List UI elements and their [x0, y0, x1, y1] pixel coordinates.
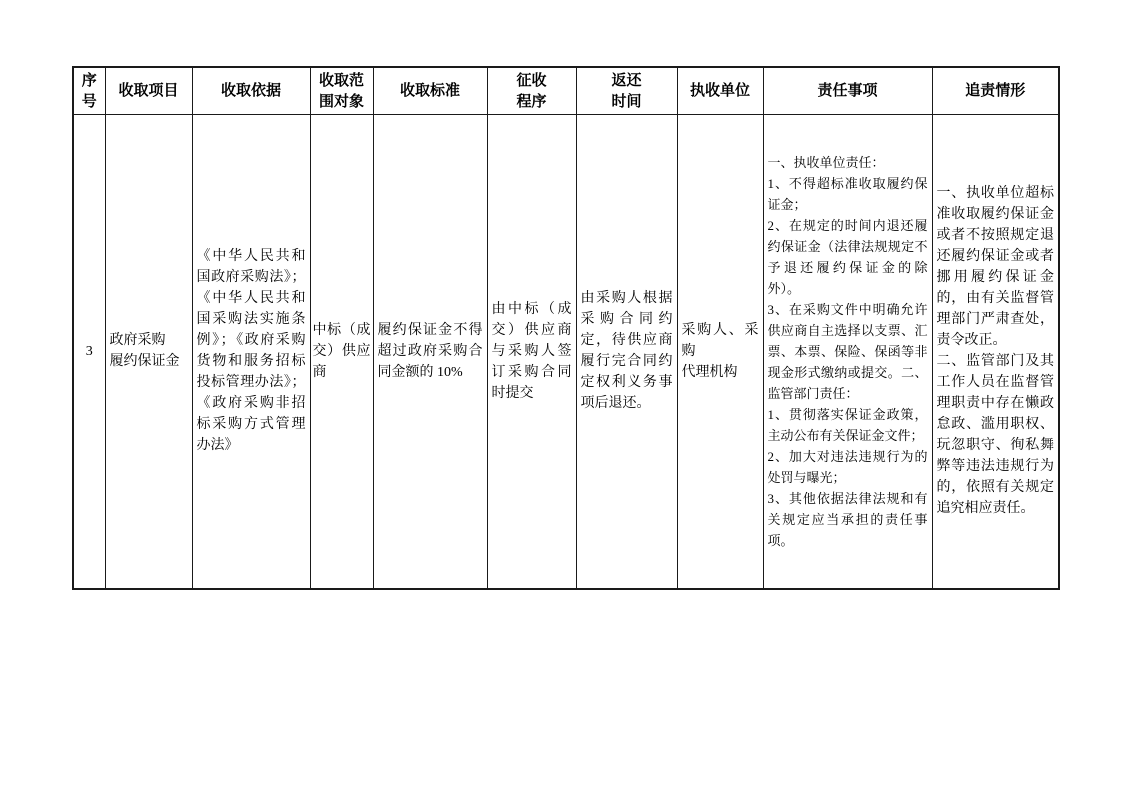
cell-collection-procedure: 由中标（成交）供应商与采购人签订采购合同时提交: [487, 114, 576, 589]
cell-collection-scope: 中标（成交）供应商: [310, 114, 373, 589]
cell-responsibility-items: 一、执收单位责任： 1、不得超标准收取履约保证金； 2、在规定的时间内退还履约保…: [763, 114, 932, 589]
fee-schedule-table: 序 号 收取项目 收取依据 收取范 围对象 收取标准 征收 程序 返还 时间 执…: [72, 66, 1060, 590]
header-responsibility-items: 责任事项: [763, 67, 932, 114]
header-collection-scope: 收取范 围对象: [310, 67, 373, 114]
cell-collection-standard: 履约保证金不得超过政府采购合同金额的 10%: [373, 114, 487, 589]
cell-collection-basis: 《中华人民共和国政府采购法》；《中华人民共和国采购法实施条例》；《政府采购货物和…: [192, 114, 310, 589]
cell-accountability-situations: 一、执收单位超标准收取履约保证金或者不按照规定退还履约保证金或者挪用履约保证金的…: [932, 114, 1059, 589]
header-row: 序 号 收取项目 收取依据 收取范 围对象 收取标准 征收 程序 返还 时间 执…: [73, 67, 1059, 114]
header-serial-number: 序 号: [73, 67, 105, 114]
header-return-time: 返还 时间: [576, 67, 677, 114]
cell-collecting-unit: 采购人、采购 代理机构: [677, 114, 763, 589]
cell-return-time: 由采购人根据采购合同约定，待供应商履行完合同约定权利义务事项后退还。: [576, 114, 677, 589]
header-collection-item: 收取项目: [105, 67, 192, 114]
cell-serial-number: 3: [73, 114, 105, 589]
table-row: 3 政府采购 履约保证金 《中华人民共和国政府采购法》；《中华人民共和国采购法实…: [73, 114, 1059, 589]
header-accountability-situations: 追责情形: [932, 67, 1059, 114]
header-collection-procedure: 征收 程序: [487, 67, 576, 114]
header-collection-basis: 收取依据: [192, 67, 310, 114]
header-collection-standard: 收取标准: [373, 67, 487, 114]
cell-collection-item: 政府采购 履约保证金: [105, 114, 192, 589]
document-page: 序 号 收取项目 收取依据 收取范 围对象 收取标准 征收 程序 返还 时间 执…: [0, 0, 1122, 793]
header-collecting-unit: 执收单位: [677, 67, 763, 114]
